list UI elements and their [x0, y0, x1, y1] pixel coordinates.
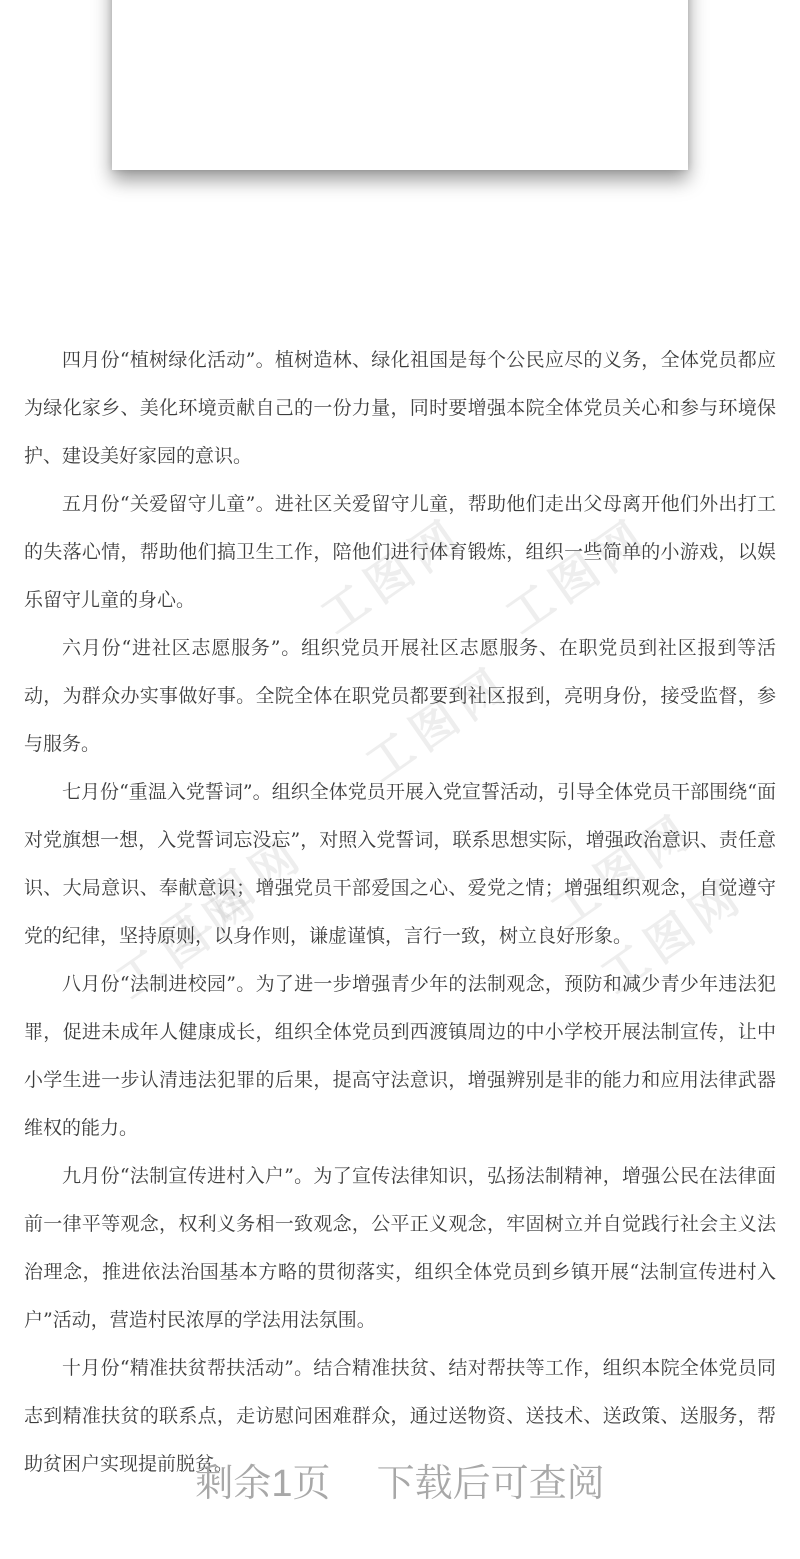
paragraph-july: 七月份“重温入党誓词”。组织全体党员开展入党宣誓活动，引导全体党员干部围绕“面对… [24, 768, 776, 960]
previous-page-preview-card [112, 0, 688, 170]
download-hint-label: 下载后可查阅 [377, 1463, 605, 1505]
paragraph-april: 四月份“植树绿化活动”。植树造林、绿化祖国是每个公民应尽的义务，全体党员都应为绿… [24, 336, 776, 480]
footer-note: 剩余1页下载后可查阅 [0, 1452, 800, 1507]
paragraph-august: 八月份“法制进校园”。为了进一步增强青少年的法制观念，预防和减少青少年违法犯罪，… [24, 960, 776, 1152]
document-page-content: 四月份“植树绿化活动”。植树造林、绿化祖国是每个公民应尽的义务，全体党员都应为绿… [24, 336, 776, 1488]
remaining-pages-label: 剩余1页 [195, 1463, 330, 1505]
paragraph-may: 五月份“关爱留守儿童”。进社区关爱留守儿童，帮助他们走出父母离开他们外出打工的失… [24, 480, 776, 624]
paragraph-september: 九月份“法制宣传进村入户”。为了宣传法律知识，弘扬法制精神，增强公民在法律面前一… [24, 1152, 776, 1344]
paragraph-june: 六月份“进社区志愿服务”。组织党员开展社区志愿服务、在职党员到社区报到等活动，为… [24, 624, 776, 768]
